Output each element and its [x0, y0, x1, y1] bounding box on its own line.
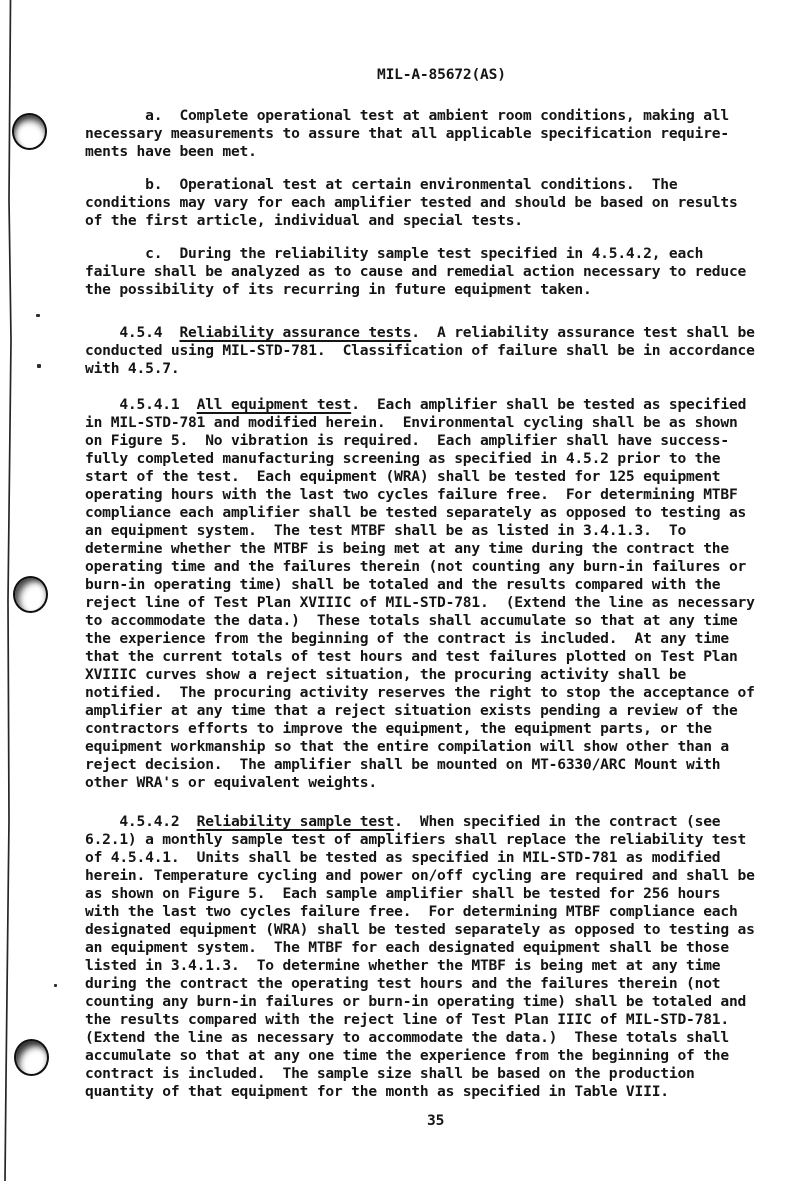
section-number: 4.5.4.1: [85, 396, 197, 413]
section-number: 4.5.4: [85, 324, 179, 341]
margin-speck: [36, 314, 40, 317]
margin-speck: [37, 364, 41, 368]
paragraph-item-b: b. Operational test at certain environme…: [85, 176, 738, 230]
page-number: 35: [427, 1112, 444, 1130]
section-heading: All equipment test: [197, 396, 352, 413]
punch-hole-bottom: [14, 1039, 49, 1076]
section-body-text: . Each amplifier shall be tested as spec…: [85, 396, 755, 791]
document-page: MIL-A-85672(AS) a. Complete operational …: [0, 0, 792, 1181]
section-4-5-4-1: 4.5.4.1 All equipment test. Each amplifi…: [85, 396, 755, 792]
paragraph-item-c: c. During the reliability sample test sp…: [85, 245, 746, 299]
document-id-header: MIL-A-85672(AS): [377, 66, 506, 84]
section-4-5-4: 4.5.4 Reliability assurance tests. A rel…: [85, 324, 755, 378]
section-heading: Reliability assurance tests: [179, 324, 411, 341]
section-heading: Reliability sample test: [197, 813, 394, 830]
section-4-5-4-2: 4.5.4.2 Reliability sample test. When sp…: [85, 813, 755, 1101]
punch-hole-top: [12, 113, 47, 150]
section-number: 4.5.4.2: [85, 813, 197, 830]
margin-speck: [54, 984, 57, 987]
punch-hole-middle: [13, 576, 48, 613]
paragraph-item-a: a. Complete operational test at ambient …: [85, 107, 729, 161]
section-body-text: . When specified in the contract (see 6.…: [85, 813, 755, 1100]
